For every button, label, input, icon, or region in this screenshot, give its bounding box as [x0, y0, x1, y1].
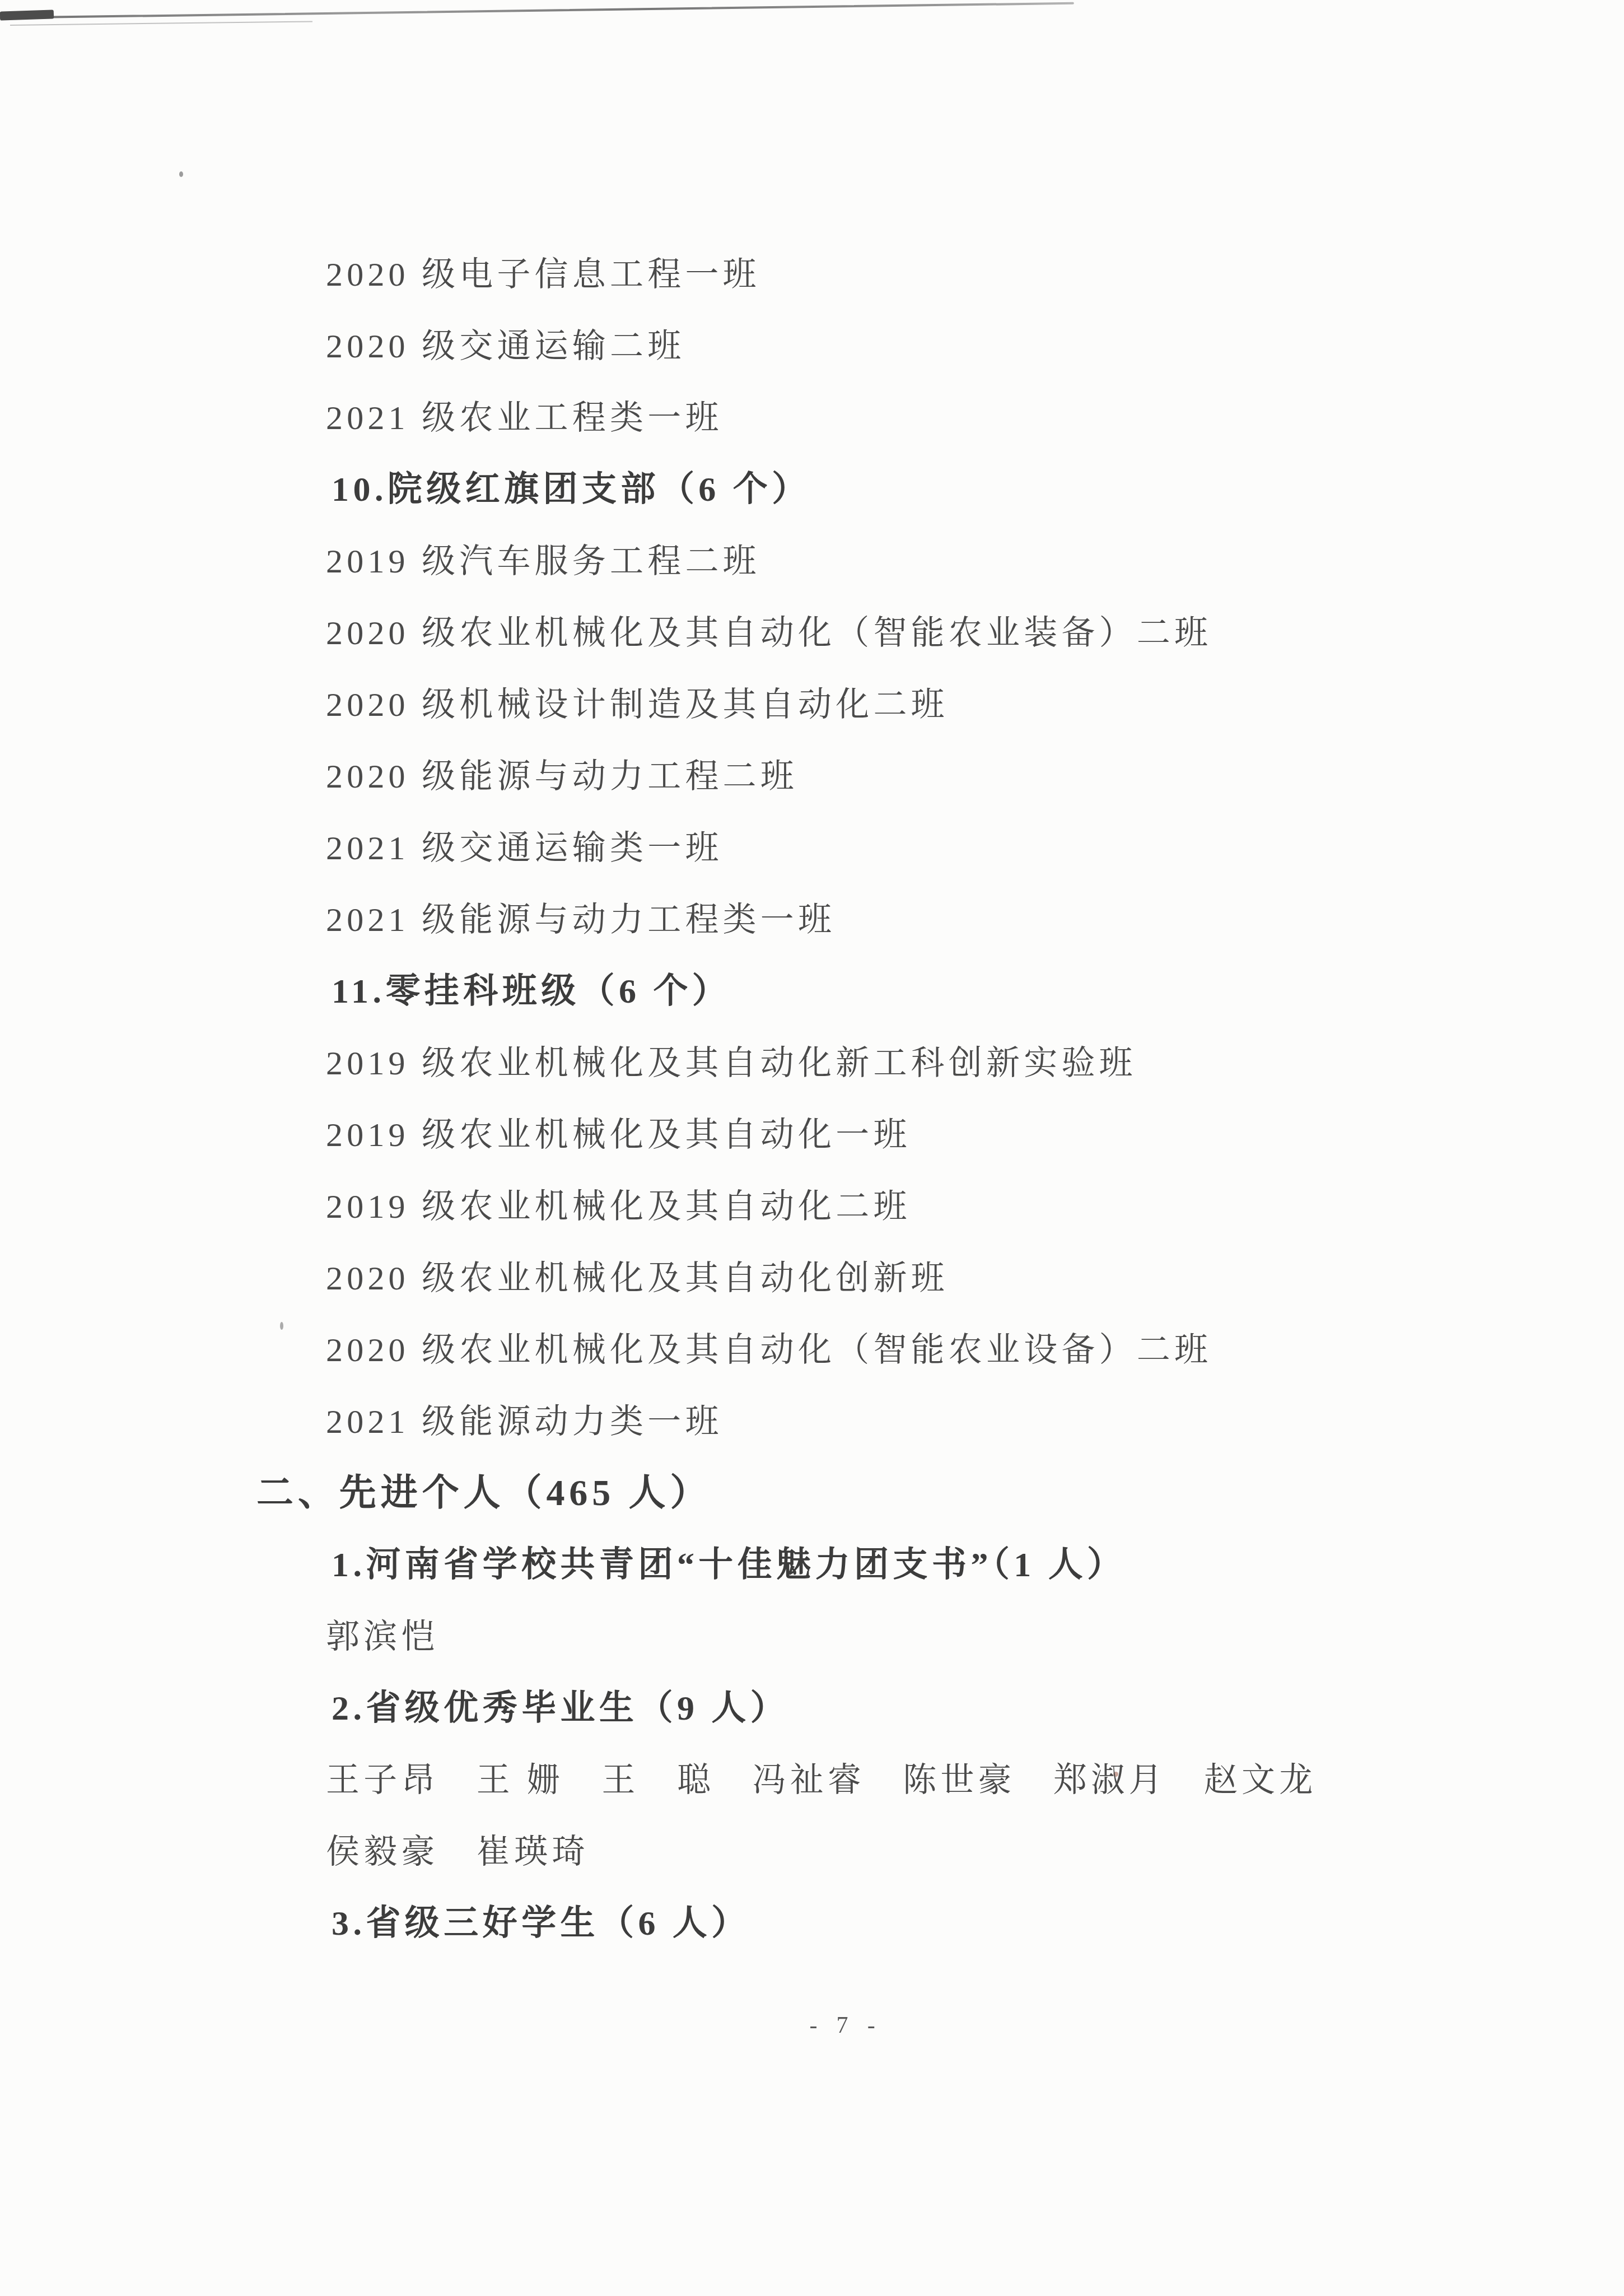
- scan-artifact-line: [0, 2, 1074, 19]
- scan-artifact-line-faint: [10, 21, 312, 26]
- recipient-names-line: 王子昂 王 姗 王 聪 冯祉睿 陈世豪 郑淑月 赵文龙: [326, 1744, 1624, 1816]
- scan-artifact-blob: [0, 10, 54, 20]
- class-name-line: 2020 级电子信息工程一班: [326, 239, 1624, 310]
- document-body: 2020 级电子信息工程一班 2020 级交通运输二班 2021 级农业工程类一…: [0, 239, 1624, 1959]
- award-category-heading: 11.零挂科班级（6 个）: [332, 956, 1624, 1027]
- class-name-line: 2021 级能源动力类一班: [326, 1386, 1624, 1457]
- award-category-heading: 1.河南省学校共青团“十佳魅力团支书”（1 人）: [332, 1529, 1624, 1601]
- recipient-names-line: 侯毅豪 崔瑛琦: [326, 1816, 1624, 1888]
- document-page: 2020 级电子信息工程一班 2020 级交通运输二班 2021 级农业工程类一…: [0, 0, 1624, 2296]
- recipient-name-line: 郭滨恺: [326, 1601, 1624, 1673]
- class-name-line: 2020 级交通运输二班: [326, 310, 1624, 382]
- page-number: - 7 -: [0, 2012, 1624, 2039]
- class-name-line: 2020 级农业机械化及其自动化（智能农业设备）二班: [326, 1314, 1624, 1386]
- award-category-heading: 3.省级三好学生（6 人）: [332, 1888, 1624, 1959]
- class-name-line: 2020 级能源与动力工程二班: [326, 741, 1624, 812]
- class-name-line: 2019 级农业机械化及其自动化一班: [326, 1099, 1624, 1171]
- award-category-heading: 2.省级优秀毕业生（9 人）: [332, 1673, 1624, 1744]
- class-name-line: 2019 级农业机械化及其自动化二班: [326, 1171, 1624, 1242]
- class-name-line: 2020 级农业机械化及其自动化创新班: [326, 1242, 1624, 1314]
- award-category-heading: 10.院级红旗团支部（6 个）: [332, 454, 1624, 525]
- section-heading-advanced-individuals: 二、先进个人（465 人）: [256, 1457, 1624, 1529]
- class-name-line: 2021 级交通运输类一班: [326, 812, 1624, 884]
- class-name-line: 2019 级汽车服务工程二班: [326, 525, 1624, 597]
- class-name-line: 2021 级能源与动力工程类一班: [326, 884, 1624, 956]
- class-name-line: 2020 级机械设计制造及其自动化二班: [326, 669, 1624, 741]
- class-name-line: 2020 级农业机械化及其自动化（智能农业装备）二班: [326, 597, 1624, 669]
- class-name-line: 2019 级农业机械化及其自动化新工科创新实验班: [326, 1027, 1624, 1099]
- scan-speck: [179, 171, 183, 177]
- class-name-line: 2021 级农业工程类一班: [326, 382, 1624, 454]
